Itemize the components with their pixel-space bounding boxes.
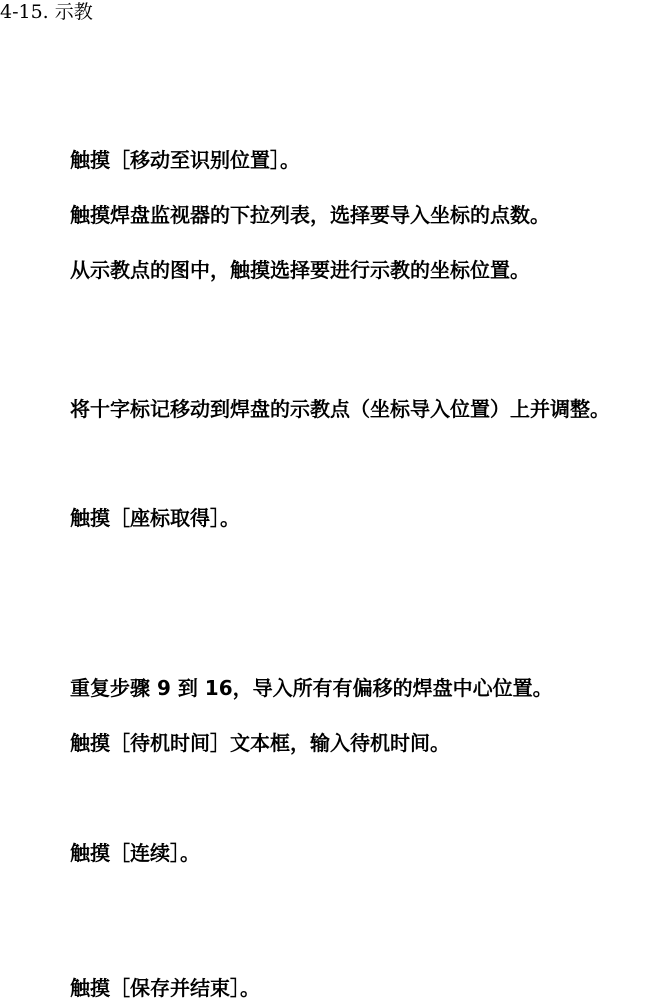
step-move-crosshair: 将十字标记移动到焊盘的示教点（坐标导入位置）上并调整。	[70, 397, 610, 421]
section-heading: 4-15. 示教	[0, 0, 93, 24]
step-acquire-coordinates: 触摸［座标取得］。	[70, 506, 240, 530]
step-save-and-exit: 触摸［保存并结束］。	[70, 976, 260, 1000]
step-enter-standby-time: 触摸［待机时间］文本框，输入待机时间。	[70, 731, 450, 755]
step-select-pad-monitor-dropdown: 触摸焊盘监视器的下拉列表，选择要导入坐标的点数。	[70, 203, 550, 227]
step-move-to-recognition-position: 触摸［移动至识别位置］。	[70, 148, 300, 172]
step-touch-continuous: 触摸［连续］。	[70, 841, 200, 865]
step-repeat-steps: 重复步骤 9 到 16，导入所有有偏移的焊盘中心位置。	[70, 676, 553, 700]
step-select-teaching-coordinate: 从示教点的图中，触摸选择要进行示教的坐标位置。	[70, 258, 530, 282]
